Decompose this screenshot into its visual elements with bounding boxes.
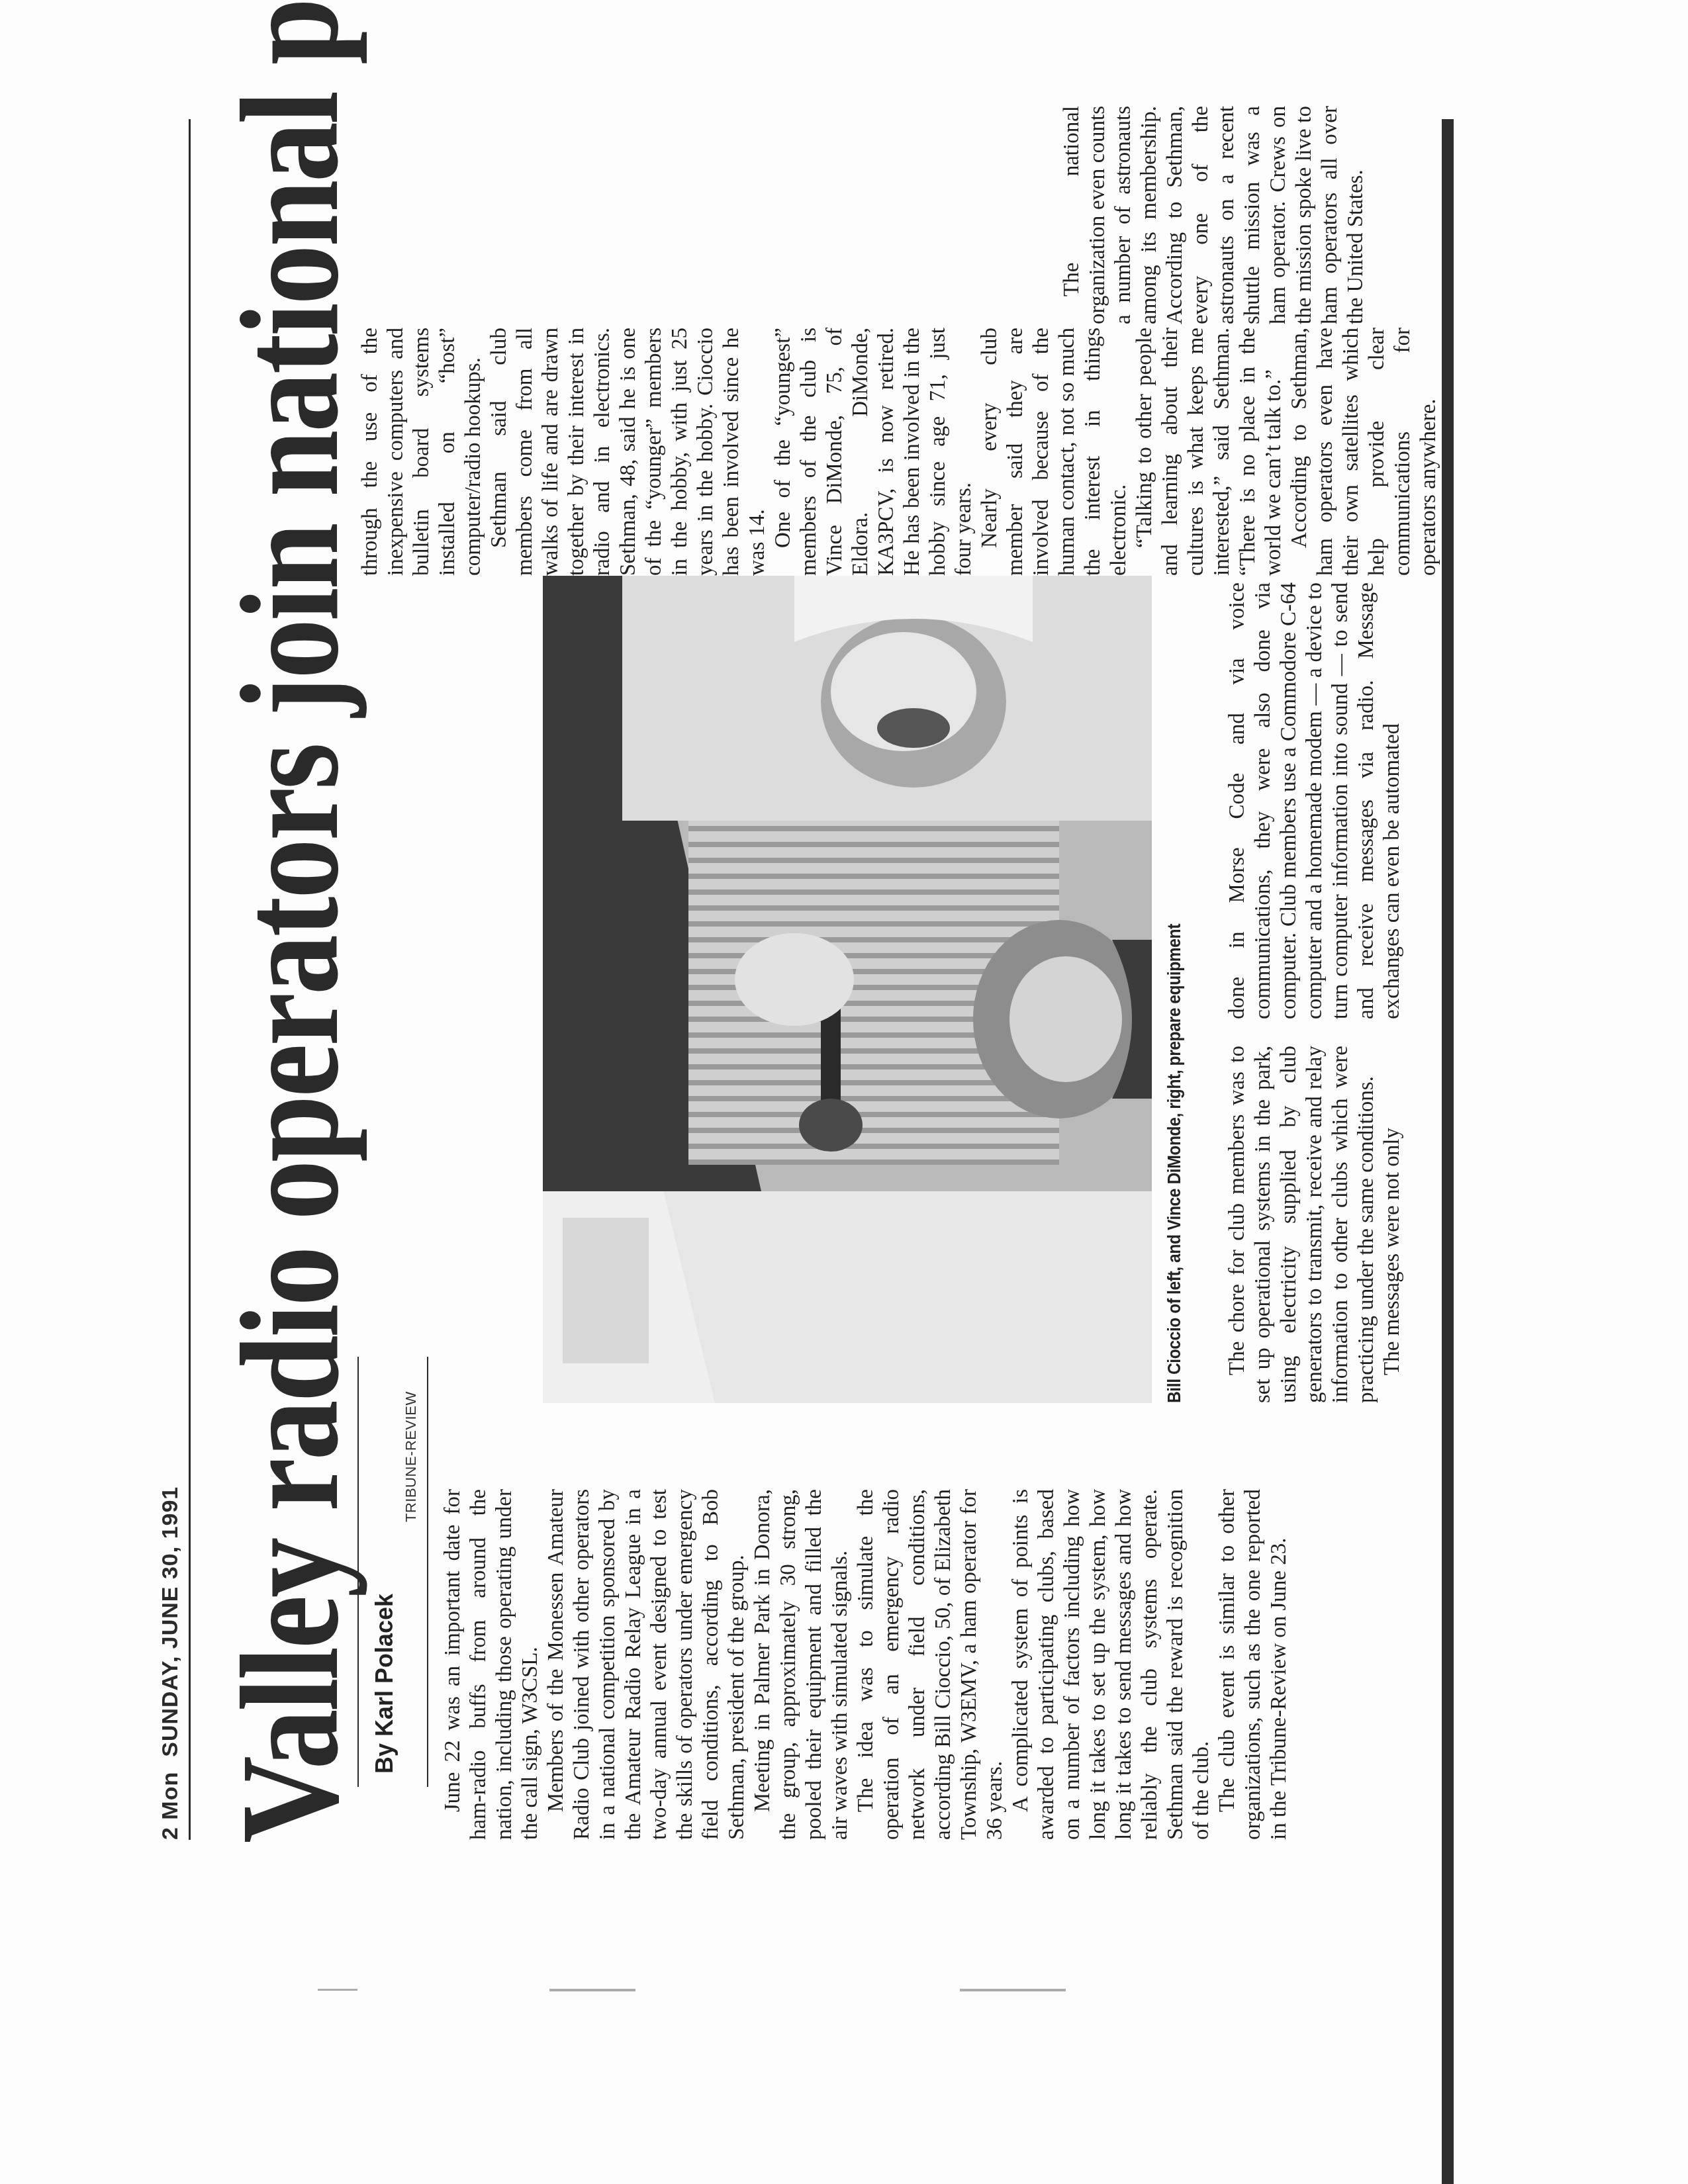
paragraph: The chore for club members was to set up… xyxy=(1225,1046,1380,1403)
newspaper-article: 2 MonSUNDAY, JUNE 30, 1991 Valley radio … xyxy=(0,0,1688,2184)
dateline: 2 MonSUNDAY, JUNE 30, 1991 xyxy=(158,1486,183,1840)
article-column-1: June 22 was an important date for ham-ra… xyxy=(440,1489,1292,1840)
photo-image-icon xyxy=(543,576,1152,1403)
paragraph: through the use of the inexpensive compu… xyxy=(357,328,487,576)
photo-caption: Bill Cioccio of left, and Vince DiMonde,… xyxy=(1164,924,1185,1403)
byline-rule-top xyxy=(357,1357,359,1787)
top-rule xyxy=(189,119,191,1840)
paragraph: The national organization even counts a … xyxy=(1059,106,1369,324)
paragraph: Nearly every club member said they are i… xyxy=(977,328,1132,576)
byline-author: By Karl Polacek xyxy=(371,1594,399,1774)
scan-artifact xyxy=(960,1989,1066,1991)
byline-agency: TRIBUNE-REVIEW xyxy=(402,1391,420,1522)
paragraph: “Talking to other people and learning ab… xyxy=(1132,328,1287,576)
thick-column-rule xyxy=(1442,119,1454,2184)
article-column-4: through the use of the inexpensive compu… xyxy=(357,328,1442,576)
paragraph: The messages were not only xyxy=(1380,1046,1405,1403)
paragraph: Sethman said club members come from all … xyxy=(487,328,771,576)
paragraph: done in Morse Code and via voice communi… xyxy=(1225,582,1405,1019)
article-column-5: The national organization even counts a … xyxy=(1059,106,1369,324)
paragraph: A complicated system of points is awarde… xyxy=(1008,1489,1215,1840)
headline: Valley radio operators join national pro… xyxy=(224,0,356,1843)
paragraph: June 22 was an important date for ham-ra… xyxy=(440,1489,543,1840)
article-column-2: The chore for club members was to set up… xyxy=(1225,1046,1405,1403)
paragraph: The club event is similar to other organ… xyxy=(1215,1489,1292,1840)
article-column-3: done in Morse Code and via voice communi… xyxy=(1225,582,1405,1019)
scanned-page: 2 MonSUNDAY, JUNE 30, 1991 Valley radio … xyxy=(0,0,1688,2184)
paragraph: The idea was to simulate the operation o… xyxy=(853,1489,1008,1840)
paragraph: Meeting in Palmer Park in Donora, the gr… xyxy=(750,1489,853,1840)
page-number: 2 Mon xyxy=(158,1772,183,1840)
scan-artifact xyxy=(318,1989,357,1991)
publication-date: SUNDAY, JUNE 30, 1991 xyxy=(158,1486,183,1757)
paragraph: Members of the Monessen Amateur Radio Cl… xyxy=(543,1489,750,1840)
paragraph: According to Sethman, ham operators even… xyxy=(1287,328,1442,576)
paragraph: One of the “youngest” members of the clu… xyxy=(771,328,977,576)
article-photo xyxy=(543,576,1152,1403)
scan-artifact xyxy=(549,1989,635,1991)
byline-rule-bottom xyxy=(427,1357,428,1787)
